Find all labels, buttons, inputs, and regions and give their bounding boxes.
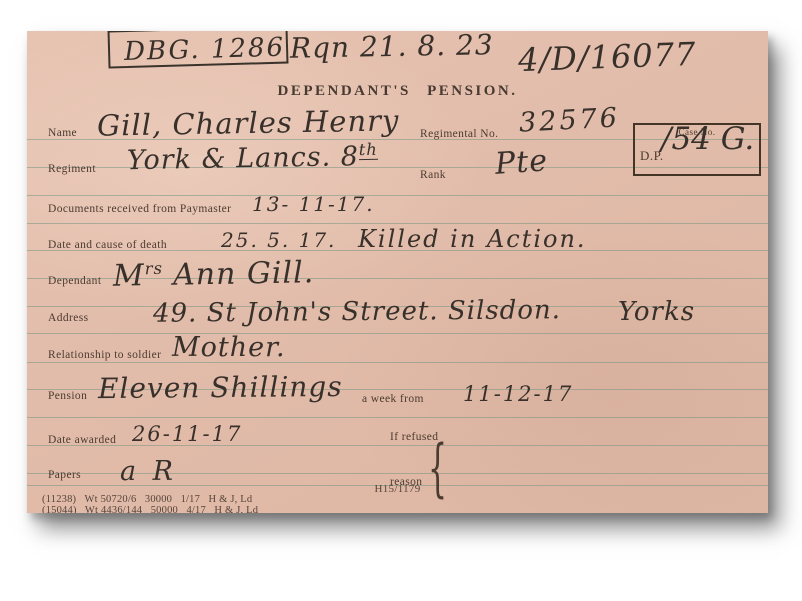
file-number: 4/D/16077	[517, 38, 696, 76]
address-value: 49. St John's Street. Silsdon.	[153, 297, 561, 327]
case-number-value: /54 G.	[661, 121, 754, 157]
regimental-no-value: 32576	[518, 104, 620, 136]
papers-value: a R	[120, 458, 177, 485]
pension-card: DBG. 1286 Rqn 21. 8. 23 4/D/16077 DEPEND…	[27, 31, 768, 513]
page-background: DBG. 1286 Rqn 21. 8. 23 4/D/16077 DEPEND…	[0, 0, 802, 601]
dependant-label: Dependant	[48, 275, 101, 287]
dependant-value: MrsAnn Gill.	[113, 258, 315, 292]
card-title: DEPENDANT'S PENSION.	[27, 83, 768, 100]
death-date-value: 25. 5. 17.	[221, 230, 336, 250]
death-label: Date and cause of death	[48, 239, 167, 251]
documents-received-value: 13- 11-17.	[252, 194, 375, 214]
pension-value: Eleven Shillings	[98, 373, 343, 403]
death-cause-value: Killed in Action.	[358, 227, 587, 251]
regiment-label: Regiment	[48, 163, 96, 175]
week-from-value: 11-12-17	[463, 384, 573, 405]
papers-label: Papers	[48, 469, 81, 481]
name-label: Name	[48, 127, 77, 139]
relationship-label: Relationship to soldier	[48, 349, 161, 361]
ruled-line	[27, 417, 768, 418]
rank-value: Pte	[494, 146, 549, 180]
ruled-line	[27, 333, 768, 334]
print-reference-line-1: (11238) Wt 50720/6 30000 1/17 H & J, Ld	[42, 494, 252, 505]
date-awarded-value: 26-11-17	[132, 424, 242, 445]
address-label: Address	[48, 312, 89, 324]
case-number-box: Case No. D.P. /54 G.	[633, 123, 761, 176]
regiment-value: York & Lancs. 8th	[127, 142, 378, 174]
pension-label: Pension	[48, 390, 87, 402]
ruled-line	[27, 223, 768, 224]
rank-label: Rank	[420, 169, 446, 181]
relationship-value: Mother.	[172, 334, 286, 361]
reference-box: DBG. 1286	[108, 31, 289, 69]
ruled-line	[27, 362, 768, 363]
date-awarded-label: Date awarded	[48, 434, 116, 446]
week-from-label: a week from	[362, 393, 424, 405]
documents-received-label: Documents received from Paymaster	[48, 203, 231, 215]
dependant-prefix-sup: rs	[144, 259, 163, 278]
print-reference-line-2: (15044) Wt 4436/144 50000 4/17 H & J, Ld	[42, 505, 258, 513]
ruled-line	[27, 195, 768, 196]
received-note: Rqn 21. 8. 23	[290, 31, 494, 63]
regiment-ordinal: th	[359, 140, 378, 160]
name-value: Gill, Charles Henry	[97, 106, 400, 140]
address-county-value: Yorks	[618, 299, 695, 325]
regimental-no-label: Regimental No.	[420, 128, 498, 140]
refused-brace: {	[428, 433, 447, 507]
reference-number: DBG. 1286	[124, 33, 286, 67]
